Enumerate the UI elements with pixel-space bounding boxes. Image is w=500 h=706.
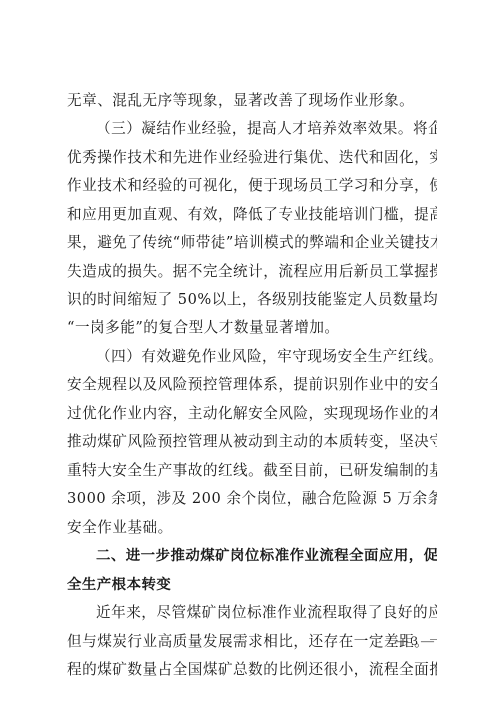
text-line: 无章、混乱无序等现象，显著改善了现场作业形象。	[67, 92, 437, 110]
section-heading-2-cont: 全生产根本转变	[67, 576, 437, 594]
page-number: — 3 —	[395, 633, 434, 649]
text-line: 但与煤炭行业高质量发展需求相比，还存在一定差距。一是应用流	[67, 633, 437, 651]
text-line: 作业技术和经验的可视化，便于现场员工学习和分享，使现场培训	[67, 177, 437, 195]
text-line: 过优化作业内容，主动化解安全风险，实现现场作业的本质安全，	[67, 405, 437, 423]
section-3-lead-line: （三）凝结作业经验，提高人才培养效率效果。将企业积累的	[96, 120, 437, 138]
text-line: 识的时间缩短了 50%以上，各级别技能鉴定人员数量均增长了一倍，	[67, 291, 437, 309]
text-line: 果，避免了传统“师带徒”培训模式的弊端和企业关键技术人才流	[67, 234, 437, 252]
text-line: 失造成的损失。据不完全统计，流程应用后新员工掌握操作作业知	[67, 263, 437, 281]
document-page: 无章、混乱无序等现象，显著改善了现场作业形象。 （三）凝结作业经验，提高人才培养…	[0, 0, 500, 706]
text-line: “一岗多能”的复合型人才数量显著增加。	[67, 319, 437, 337]
text-line: 优秀操作技术和先进作业经验进行集优、迭代和固化，实现了无形	[67, 149, 437, 167]
text-line: 重特大安全生产事故的红线。截至目前，已研发编制的基础流程达	[67, 462, 437, 480]
text-line: 安全作业基础。	[67, 519, 437, 537]
section-4-lead-line: （四）有效避免作业风险，牢守现场安全生产红线。通过融合	[96, 348, 437, 366]
text-line: 安全规程以及风险预控管理体系，提前识别作业中的安全风险，通	[67, 376, 437, 394]
text-line: 程的煤矿数量占全国煤矿总数的比例还很小，流程全面推广还有待	[67, 661, 437, 679]
text-line: 推动煤矿风险预控管理从被动到主动的本质转变，坚决守住不发生	[67, 433, 437, 451]
section-heading-2: 二、进一步推动煤矿岗位标准作业流程全面应用，促进煤矿安	[96, 547, 437, 565]
text-line: 3000 余项，涉及 200 余个岗位，融合危险源 5 万余条，夯实了现场	[67, 490, 437, 508]
text-line: 和应用更加直观、有效，降低了专业技能培训门槛，提高了培训效	[67, 206, 437, 224]
text-line: 近年来，尽管煤矿岗位标准作业流程取得了良好的应用效果，	[96, 604, 437, 622]
